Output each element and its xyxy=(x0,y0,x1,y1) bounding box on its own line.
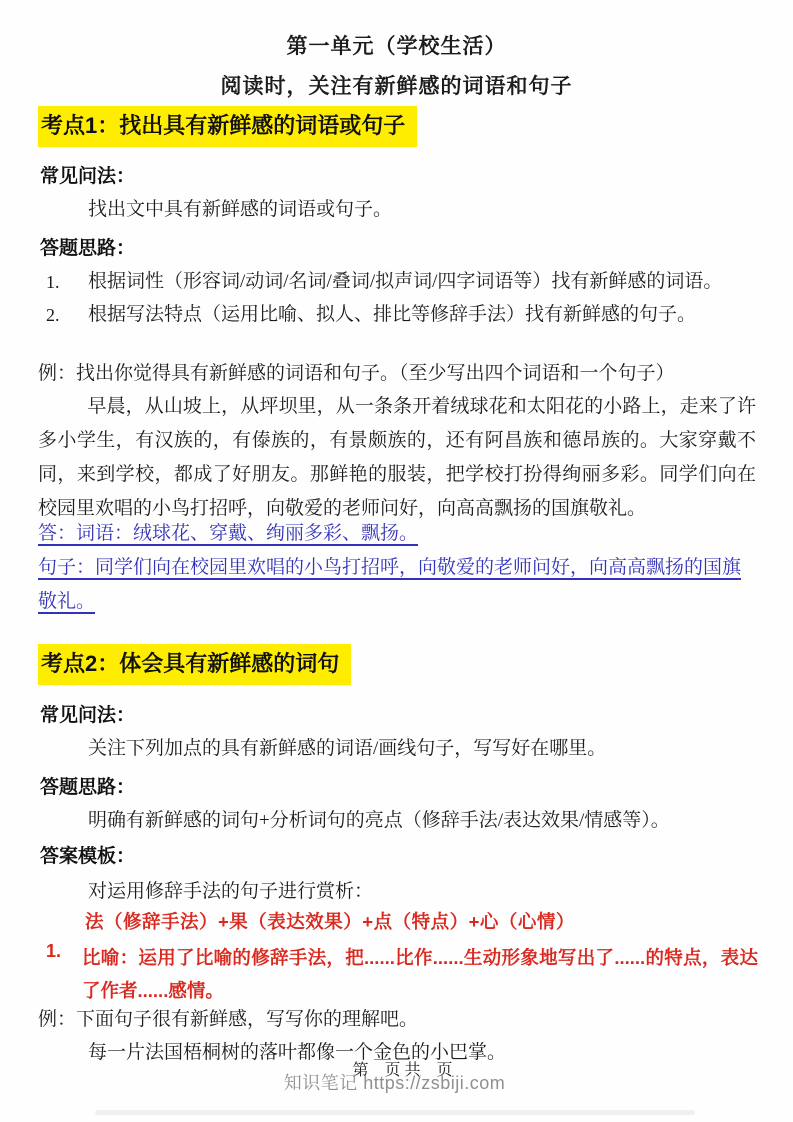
section2-heading-wrap: 考点2：体会具有新鲜感的词句 xyxy=(38,644,351,685)
step1-text: 根据词性（形容词/动词/名词/叠词/拟声词/四字词语等）找有新鲜感的词语。 xyxy=(88,265,756,299)
section2-example-label: 例：下面句子很有新鲜感，写写你的理解吧。 xyxy=(38,1003,418,1037)
step2-text: 根据写法特点（运用比喻、拟人、排比等修辞手法）找有新鲜感的句子。 xyxy=(88,298,756,332)
section2-approach-text: 明确有新鲜感的词句+分析词句的亮点（修辞手法/表达效果/情感等）。 xyxy=(88,804,670,838)
section2-question-text: 关注下列加点的具有新鲜感的词语/画线句子，写写好在哪里。 xyxy=(88,732,606,766)
section1-example-label: 例：找出你觉得具有新鲜感的词语和句子。（至少写出四个词语和一个句子） xyxy=(38,357,675,391)
section1-heading-wrap: 考点1：找出具有新鲜感的词语或句子 xyxy=(38,106,417,147)
step1-number: 1. xyxy=(46,265,76,299)
section2-template-label: 答案模板： xyxy=(40,841,135,868)
section2-question-label: 常见问法： xyxy=(40,700,135,727)
section1-answer-sentence: 句子：同学们向在校园里欢唱的小鸟打招呼，向敬爱的老师问好，向高高飘扬的国旗敬礼。 xyxy=(38,551,756,619)
section1-approach-label: 答题思路： xyxy=(40,233,135,260)
watermark: 知识笔记 https://zsbiji.com xyxy=(0,1069,791,1095)
doc-subtitle: 阅读时，关注有新鲜感的词语和句子 xyxy=(0,70,793,100)
section1-example-passage: 早晨，从山坡上，从坪坝里，从一条条开着绒球花和太阳花的小路上，走来了许多小学生，… xyxy=(38,390,756,526)
section1-question-label: 常见问法： xyxy=(40,161,135,188)
answer-formula: 法（修辞手法）+果（表达效果）+点（特点）+心（心情） xyxy=(85,908,575,934)
section2-template-intro: 对运用修辞手法的句子进行赏析： xyxy=(88,875,373,909)
section1-answer-words: 答：词语：绒球花、穿戴、绚丽多彩、飘扬。 xyxy=(38,517,756,551)
document-page: 第一单元（学校生活） 阅读时，关注有新鲜感的词语和句子 考点1：找出具有新鲜感的… xyxy=(0,0,793,1122)
template-item1-text: 比喻：运用了比喻的修辞手法，把......比作......生动形象地写出了...… xyxy=(82,941,758,1007)
section1-question-text: 找出文中具有新鲜感的词语或句子。 xyxy=(88,193,392,227)
template-item1-number: 1. xyxy=(46,941,61,962)
doc-title: 第一单元（学校生活） xyxy=(0,30,793,60)
step2-number: 2. xyxy=(46,298,76,332)
section2-approach-label: 答题思路： xyxy=(40,772,135,799)
section2-heading: 考点2：体会具有新鲜感的词句 xyxy=(38,644,351,685)
scan-edge-artifact xyxy=(95,1110,695,1115)
section1-heading: 考点1：找出具有新鲜感的词语或句子 xyxy=(38,106,417,147)
